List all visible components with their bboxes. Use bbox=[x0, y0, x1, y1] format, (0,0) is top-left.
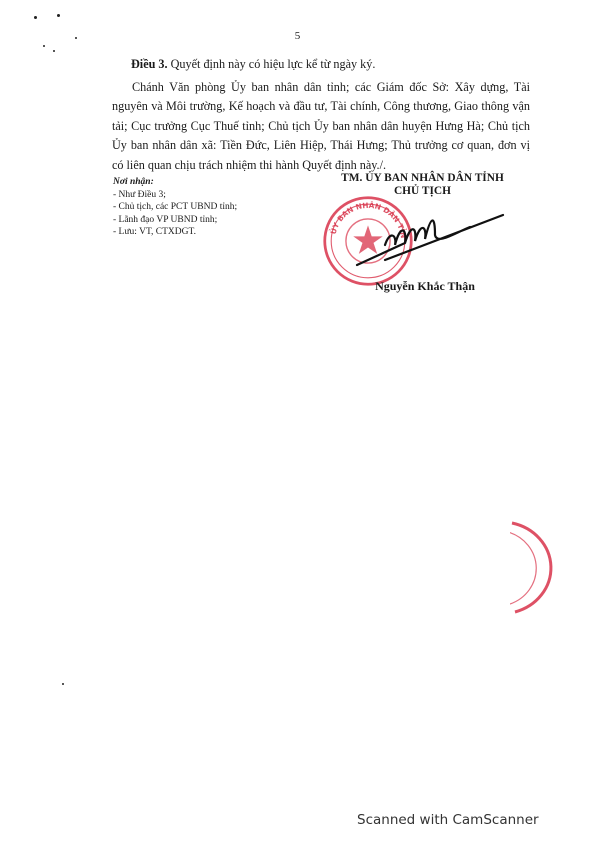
recipient-item: - Lưu: VT, CTXDGT. bbox=[113, 226, 237, 239]
camscanner-watermark: Scanned with CamScanner bbox=[357, 812, 539, 828]
recipient-item: - Lãnh đạo VP UBND tỉnh; bbox=[113, 214, 237, 227]
article-3-text: Quyết định này có hiệu lực kể từ ngày ký… bbox=[168, 57, 376, 71]
scan-speck bbox=[75, 37, 77, 39]
recipient-item: - Như Điều 3; bbox=[113, 189, 237, 202]
scan-speck bbox=[43, 45, 45, 47]
page-number: 5 bbox=[0, 30, 595, 42]
scan-speck bbox=[34, 16, 37, 19]
execution-paragraph: Chánh Văn phòng Ủy ban nhân dân tỉnh; cá… bbox=[112, 78, 530, 175]
scan-speck bbox=[62, 683, 64, 685]
recipients-title: Nơi nhận: bbox=[113, 176, 237, 189]
scan-speck bbox=[53, 50, 55, 52]
article-3-label: Điều 3. bbox=[131, 57, 168, 71]
signer-name: Nguyễn Khắc Thận bbox=[340, 279, 510, 294]
article-3: Điều 3. Quyết định này có hiệu lực kể từ… bbox=[131, 55, 531, 74]
recipient-item: - Chủ tịch, các PCT UBND tỉnh; bbox=[113, 201, 237, 214]
handwritten-signature-icon bbox=[345, 205, 505, 275]
scan-speck bbox=[57, 14, 60, 17]
recipients-list: Nơi nhận: - Như Điều 3; - Chủ tịch, các … bbox=[113, 176, 237, 239]
signature-title: TM. ỦY BAN NHÂN DÂN TỈNH bbox=[330, 172, 515, 185]
partial-stamp-icon bbox=[510, 520, 560, 615]
